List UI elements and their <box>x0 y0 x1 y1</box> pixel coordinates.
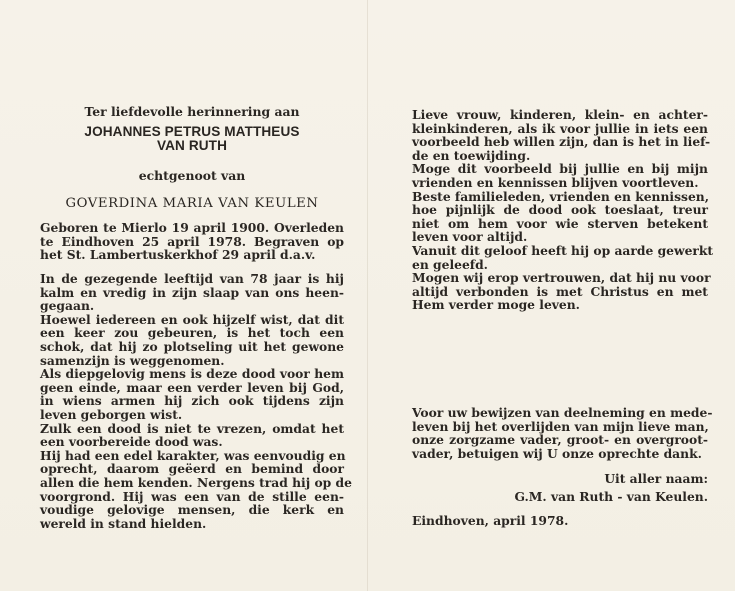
text-line: schok, dat hij zo plotseling uit het gew… <box>40 340 344 354</box>
text-line: en geleefd. <box>412 258 708 272</box>
text-line: een voorbereide dood was. <box>40 435 344 449</box>
text-line: voudige gelovige mensen, die kerk en <box>40 503 344 517</box>
text-line: altijd verbonden is met Christus en met <box>412 285 708 299</box>
text-line: kleinkinderen, als ik voor jullie in iet… <box>412 122 708 136</box>
spouse-label: echtgenoot van <box>40 168 344 183</box>
center-fold <box>367 0 368 591</box>
left-panel: Ter liefdevolle herinnering aan JOHANNES… <box>40 0 344 591</box>
text-line: leven bij het overlijden van mijn lieve … <box>412 420 708 434</box>
text-line: het St. Lambertuskerkhof 29 april d.a.v. <box>40 248 344 262</box>
text-line: hoe pijnlijk de dood ook toeslaat, treur <box>412 203 708 217</box>
text-line: samenzijn is weggenomen. <box>40 354 344 368</box>
text-line: onze zorgzame vader, groot- en overgroot… <box>412 433 708 447</box>
deceased-name-line: JOHANNES PETRUS MATTHEUS <box>40 125 344 139</box>
text-line: Voor uw bewijzen van deelneming en mede- <box>412 406 708 420</box>
text-line: Hoewel iedereen en ook hijzelf wist, dat… <box>40 313 344 327</box>
text-line: Geboren te Mierlo 19 april 1900. Overled… <box>40 221 344 235</box>
text-line: wereld in stand hielden. <box>40 517 344 531</box>
text-line: oprecht, daarom geëerd en bemind door <box>40 462 344 476</box>
text-line: leven geborgen wist. <box>40 408 344 422</box>
text-line: gegaan. <box>40 299 344 313</box>
thanks-paragraph: Voor uw bewijzen van deelneming en mede-… <box>412 406 708 460</box>
deceased-name: JOHANNES PETRUS MATTHEUS VAN RUTH <box>40 125 344 153</box>
signature-label: Uit aller naam: <box>604 470 708 488</box>
text-line: niet om hem voor wie sterven betekent <box>412 217 708 231</box>
place-date: Eindhoven, april 1978. <box>412 513 568 528</box>
text-line: allen die hem kenden. Nergens trad hij o… <box>40 476 344 490</box>
text-line: een keer zou gebeuren, is het toch een <box>40 326 344 340</box>
text-line: kalm en vredig in zijn slaap van ons hee… <box>40 286 344 300</box>
text-line: Hij had een edel karakter, was eenvoudig… <box>40 449 344 463</box>
right-panel: Lieve vrouw, kinderen, klein- en achter-… <box>412 0 708 591</box>
text-line: leven voor altijd. <box>412 230 708 244</box>
intro-heading: Ter liefdevolle herinnering aan <box>40 104 344 119</box>
spouse-name: GOVERDINA MARIA VAN KEULEN <box>40 196 344 211</box>
birth-death-paragraph: Geboren te Mierlo 19 april 1900. Overled… <box>40 221 344 262</box>
text-line: vader, betuigen wij U onze oprechte dank… <box>412 447 708 461</box>
eulogy-paragraph: In de gezegende leeftijd van 78 jaar is … <box>40 272 344 530</box>
text-line: voorbeeld heb willen zijn, dan is het in… <box>412 135 708 149</box>
text-line: Zulk een dood is niet te vrezen, omdat h… <box>40 422 344 436</box>
text-line: de en toewijding. <box>412 149 708 163</box>
text-line: te Eindhoven 25 april 1978. Begraven op <box>40 235 344 249</box>
text-line: In de gezegende leeftijd van 78 jaar is … <box>40 272 344 286</box>
text-line: Moge dit voorbeeld bij jullie en bij mij… <box>412 162 708 176</box>
text-line: vrienden en kennissen blijven voortleven… <box>412 176 708 190</box>
text-line: geen einde, maar een verder leven bij Go… <box>40 381 344 395</box>
text-line: Beste familieleden, vrienden en kennisse… <box>412 190 708 204</box>
signature-name: G.M. van Ruth - van Keulen. <box>514 488 708 506</box>
text-line: in wiens armen hij zich ook tijdens zijn <box>40 394 344 408</box>
deceased-name-line: VAN RUTH <box>40 139 344 153</box>
text-line: Hem verder moge leven. <box>412 298 708 312</box>
memorial-card: Ter liefdevolle herinnering aan JOHANNES… <box>0 0 735 591</box>
text-line: Als diepgelovig mens is deze dood voor h… <box>40 367 344 381</box>
text-line: Vanuit dit geloof heeft hij op aarde gew… <box>412 244 708 258</box>
text-line: Mogen wij erop vertrouwen, dat hij nu vo… <box>412 271 708 285</box>
farewell-letter: Lieve vrouw, kinderen, klein- en achter-… <box>412 108 708 312</box>
text-line: voorgrond. Hij was een van de stille een… <box>40 490 344 504</box>
text-line: Lieve vrouw, kinderen, klein- en achter- <box>412 108 708 122</box>
